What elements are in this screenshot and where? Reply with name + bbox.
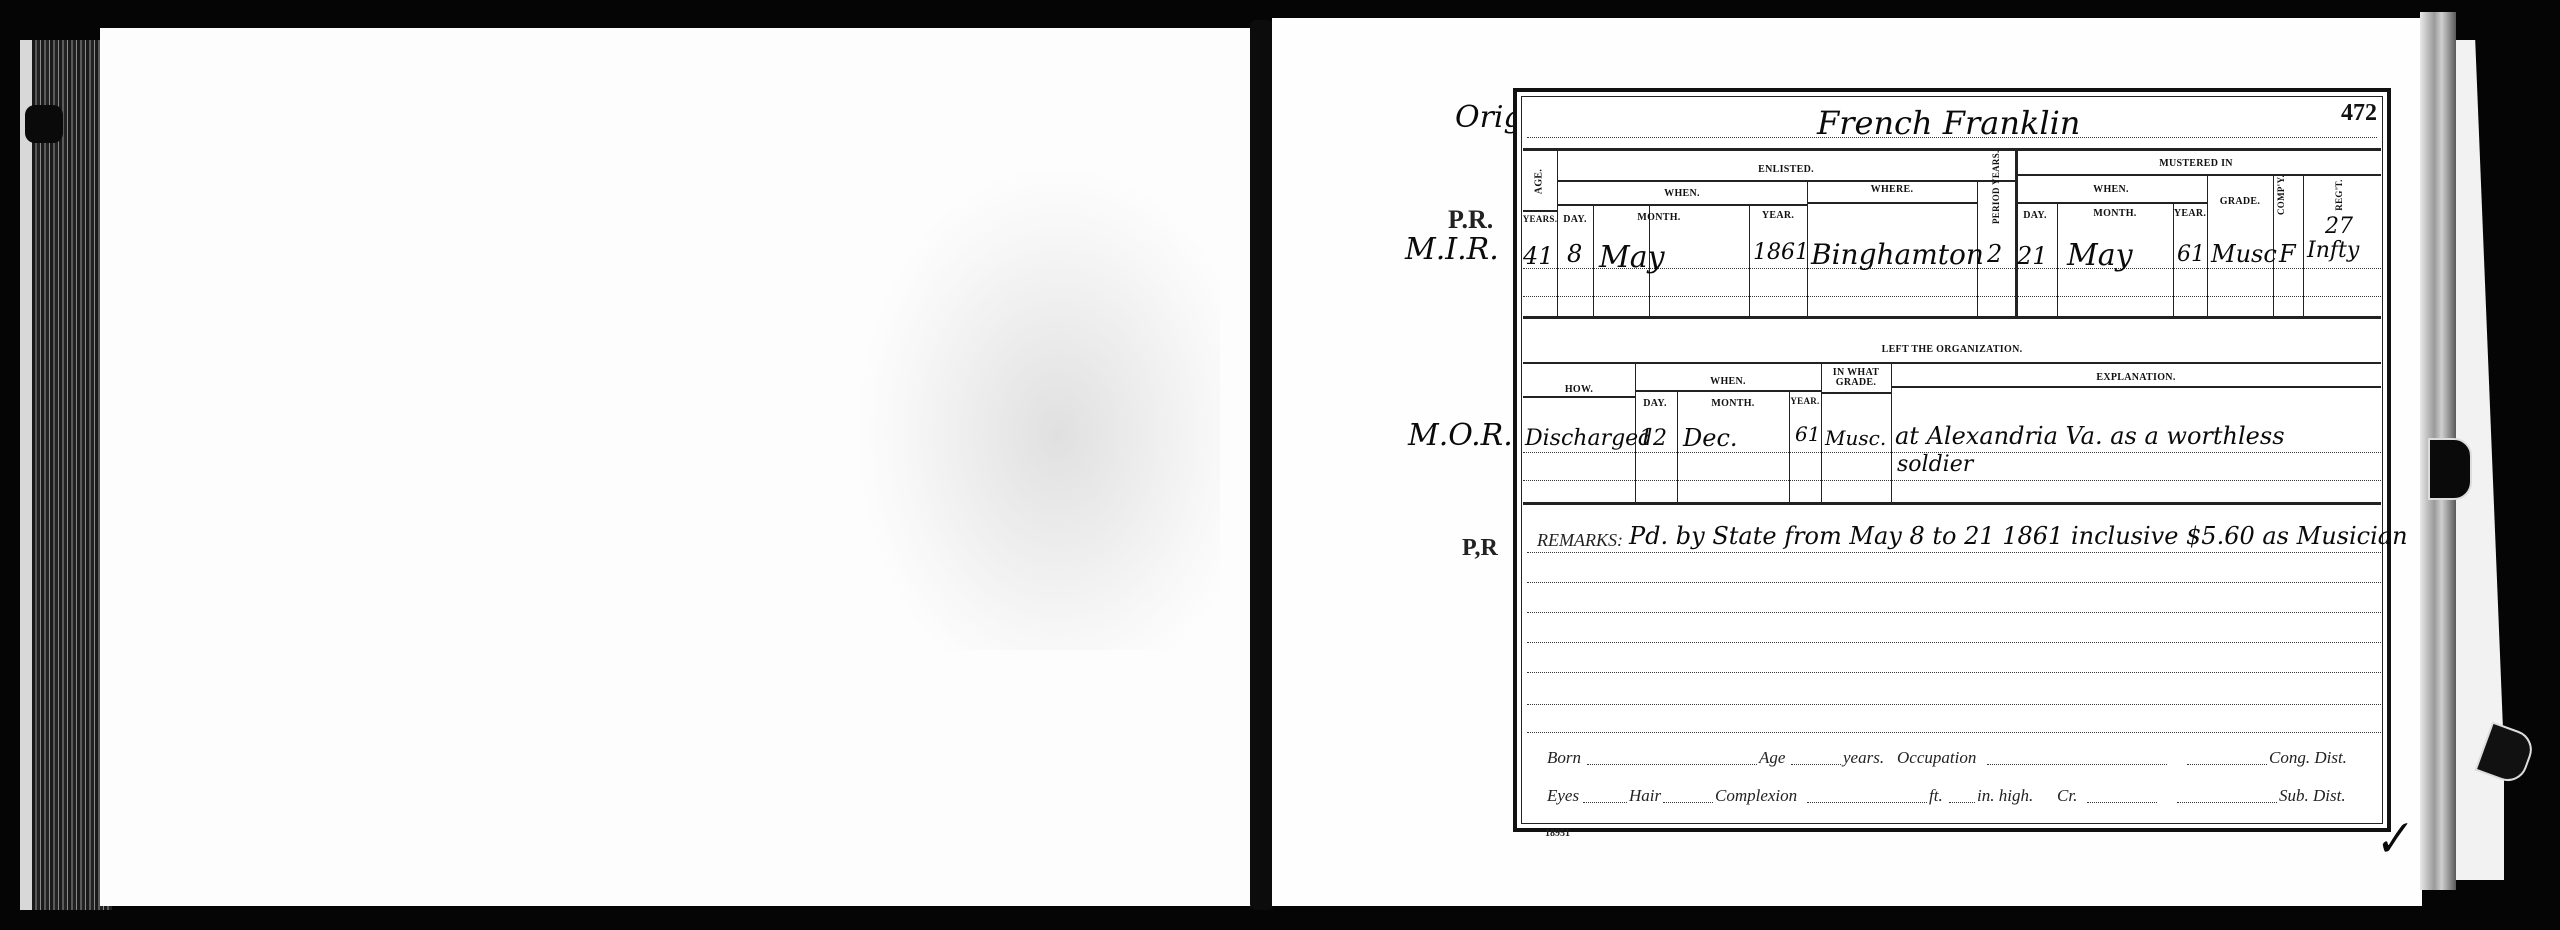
left-year-header: YEAR.	[1789, 396, 1821, 406]
rule	[1807, 202, 1977, 204]
enl-month-header: MONTH.	[1593, 212, 1725, 223]
rule	[1523, 296, 2381, 297]
mus-year-value: 61	[2177, 242, 2205, 267]
enl-day-header: DAY.	[1557, 214, 1593, 225]
enl-month-value: May	[1599, 240, 1665, 275]
pr-stamp-remarks: P,R	[1462, 535, 1498, 562]
age-header: AGE.	[1534, 164, 1545, 200]
mus-day-header: DAY.	[2015, 210, 2055, 221]
regiment-header: REG'T.	[2334, 171, 2344, 219]
rule	[1821, 392, 1891, 394]
years-header: YEARS.	[1521, 214, 1559, 224]
rule	[1635, 390, 1821, 392]
left-grade-value: Musc.	[1825, 426, 1886, 450]
enlisted-header: ENLISTED.	[1557, 164, 2015, 175]
eyes-label: Eyes	[1547, 786, 1579, 806]
company-value: F	[2279, 240, 2296, 268]
rule	[1527, 704, 2381, 705]
company-header: COMP'Y.	[2276, 171, 2286, 219]
rule	[2187, 764, 2267, 765]
explanation-line2: soldier	[1897, 452, 1973, 477]
right-index-tab	[2428, 438, 2472, 500]
cong-dist-label: Cong. Dist.	[2269, 748, 2347, 768]
rule	[2015, 174, 2381, 176]
rule	[1791, 764, 1841, 765]
rule	[1527, 612, 2381, 613]
left-org-header: LEFT THE ORGANIZATION.	[1523, 344, 2381, 355]
left-year-value: 61	[1795, 422, 1820, 446]
rule	[1587, 764, 1757, 765]
regiment-number-value: 27	[2325, 214, 2353, 239]
enl-year-value: 1861	[1753, 240, 1809, 265]
explanation-line1: at Alexandria Va. as a worthless	[1895, 422, 2285, 450]
rule	[1523, 210, 1557, 212]
mus-day-value: 21	[2017, 242, 2048, 270]
complexion-label: Complexion	[1715, 786, 1797, 806]
sub-dist-label: Sub. Dist.	[2279, 786, 2346, 806]
left-day-header: DAY.	[1635, 398, 1675, 409]
rule	[1523, 362, 2381, 364]
rule	[1527, 582, 2381, 583]
left-when-header: WHEN.	[1635, 376, 1821, 387]
enlisted-when-header: WHEN.	[1557, 188, 1807, 199]
hair-label: Hair	[1629, 786, 1661, 806]
remarks-label: REMARKS:	[1537, 530, 1623, 551]
mus-month-value: May	[2067, 238, 2133, 273]
how-value: Discharged	[1525, 426, 1652, 451]
period-value: 2	[1987, 240, 2002, 268]
rule	[1557, 204, 1807, 206]
left-org-mark: M.O.R.	[1408, 418, 1513, 453]
name-dotted-line	[1527, 137, 2377, 138]
left-month-value: Dec.	[1683, 424, 1738, 452]
enl-where-value: Binghamton	[1811, 238, 1984, 271]
rule	[1527, 552, 2381, 553]
enl-day-value: 8	[1567, 240, 1582, 268]
born-label: Born	[1547, 748, 1581, 768]
grade-value: Musc	[2211, 240, 2277, 268]
rule	[1807, 802, 1927, 803]
rule	[2057, 202, 2058, 316]
cr-label: Cr.	[2057, 786, 2077, 806]
book-gutter	[1250, 20, 1274, 910]
rule	[2177, 802, 2277, 803]
rule	[2087, 802, 2157, 803]
record-card: French Franklin 472 ENLISTED. MUSTERED I…	[1513, 88, 2391, 832]
rule	[1987, 764, 2167, 765]
years-label: years.	[1843, 748, 1884, 768]
rule	[1527, 732, 2381, 733]
how-header: HOW.	[1523, 384, 1635, 395]
rule	[1523, 396, 1635, 398]
rule	[1583, 802, 1627, 803]
rule	[2303, 174, 2304, 316]
in-what-grade-header: IN WHAT GRADE.	[1821, 368, 1891, 388]
rule	[2015, 202, 2207, 204]
mus-year-header: YEAR.	[2173, 208, 2207, 219]
rule	[1523, 316, 2381, 319]
card-number: 472	[2341, 100, 2377, 127]
age-value: 41	[1523, 242, 1554, 270]
pr-stamp-top: P.R.	[1448, 205, 1493, 235]
in-high-label: in. high.	[1977, 786, 2033, 806]
rule	[1523, 502, 2381, 505]
rule	[1523, 148, 2381, 151]
rule	[2173, 202, 2174, 316]
rule	[1527, 642, 2381, 643]
left-index-tab	[25, 105, 63, 143]
enl-year-header: YEAR.	[1749, 210, 1807, 221]
remarks-text: Pd. by State from May 8 to 21 1861 inclu…	[1629, 522, 2408, 550]
rule	[1949, 802, 1975, 803]
explanation-header: EXPLANATION.	[1891, 372, 2381, 383]
left-page-edges	[20, 40, 112, 910]
bleed-through-stain	[860, 170, 1220, 650]
rule	[1891, 362, 1892, 502]
period-header: PERIOD YEARS.	[1991, 170, 2001, 224]
rule	[1891, 386, 2381, 388]
rule	[1523, 480, 2381, 481]
grade-header: GRADE.	[2207, 196, 2273, 207]
ft-label: ft.	[1929, 786, 1943, 806]
mustered-in-header: MUSTERED IN	[2015, 158, 2377, 169]
mustered-when-header: WHEN.	[2015, 184, 2207, 195]
occupation-label: Occupation	[1897, 748, 1976, 768]
where-header: WHERE.	[1807, 184, 1977, 195]
form-number: 18951	[1545, 828, 1570, 839]
rule	[1663, 802, 1713, 803]
mus-month-header: MONTH.	[2057, 208, 2173, 219]
regiment-branch-value: Infty	[2307, 238, 2359, 263]
rule	[1527, 672, 2381, 673]
mustered-in-mark: M.I.R.	[1405, 232, 1499, 267]
rule	[1557, 180, 2015, 182]
age-label: Age	[1759, 748, 1785, 768]
left-month-header: MONTH.	[1677, 398, 1789, 409]
left-day-value: 12	[1639, 426, 1667, 451]
rule	[1789, 390, 1790, 502]
